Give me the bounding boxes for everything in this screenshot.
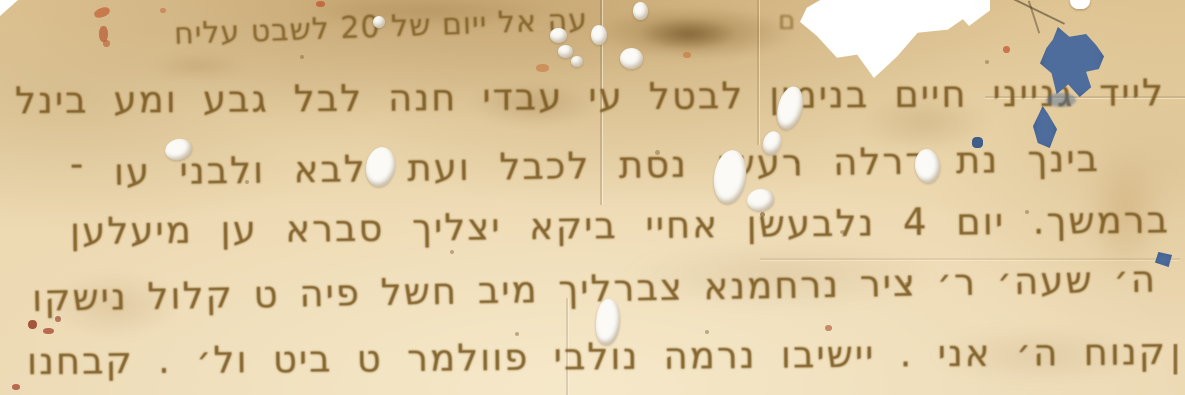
red-stain-speck [160, 8, 166, 13]
blue-ink-speck [1155, 252, 1172, 267]
red-stain-speck [93, 6, 111, 20]
red-stain-speck [825, 325, 832, 331]
handwriting-line-2: לייד גנייני חיים בנימין לבטל עי עבדי חנה… [15, 70, 1165, 124]
blue-ink-stain [1046, 93, 1076, 107]
red-stain-speck [536, 64, 549, 72]
red-stain-speck [1003, 46, 1010, 53]
handwriting-line-4: ברמשך. יום 4 נלבעשן אחיי ביקא יצליך סברא… [70, 197, 1170, 255]
speck [985, 60, 989, 64]
paper-tear [1070, 0, 1090, 9]
edge-stroke: ן [1170, 330, 1181, 376]
paper-tear [955, 0, 990, 26]
accretion-blob [633, 2, 648, 20]
accretion-blob [591, 25, 607, 45]
paper-crack [1028, 1, 1040, 34]
paper-tear [800, 0, 968, 78]
red-stain-speck [683, 52, 691, 58]
paper-tear-corner [0, 0, 18, 16]
red-stain-speck [12, 384, 20, 390]
accretion-blob [558, 45, 573, 58]
blue-ink-speck [972, 137, 983, 148]
handwriting-line-3: בינך נת דרלה רעשן נסת לכבל ועת ולבא ולבנ… [70, 136, 1101, 197]
ink-fragment: ם [778, 6, 795, 36]
handwriting-line-5: ה׳ שעה׳ ר׳ ציר נרחמנא צברליך מיב חשל פיה… [32, 256, 1158, 322]
handwriting-line-1: עה אל ייום של 20 לשבט עליח [219, 2, 588, 52]
red-stain-speck [316, 1, 325, 7]
red-stain-speck [103, 40, 110, 47]
accretion-blob [550, 28, 567, 43]
accretion-blob [620, 48, 643, 69]
manuscript-scan: עה אל ייום של 20 לשבט עליח לייד גנייני ח… [0, 0, 1185, 395]
accretion-blob [373, 16, 385, 28]
accretion-blob [571, 56, 583, 67]
speck [300, 55, 304, 59]
red-stain-speck [43, 328, 54, 334]
ink-smudge [640, 18, 735, 50]
